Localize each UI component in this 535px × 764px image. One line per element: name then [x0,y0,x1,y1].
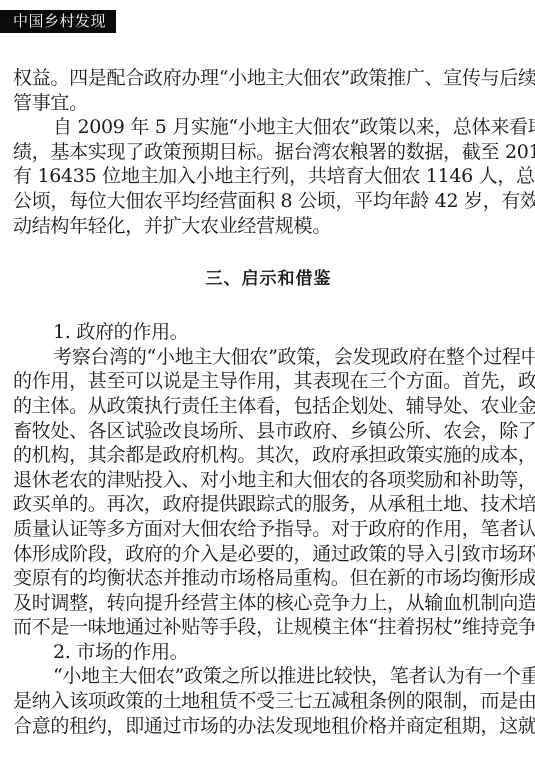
text-line: 体形成阶段，政府的介入是必要的，通过政策的导入引致市场环境的变化，改 [13,542,524,567]
subheading-market-role: 2. 市场的作用。 [13,640,524,665]
text-line: 管事宜。 [13,91,524,116]
paragraph-3: 考察台湾的“小地主大佃农”政策，会发现政府在整个过程中发挥了重要 的作用，甚至可… [13,345,524,640]
paragraph-4: “小地主大佃农”政策之所以推进比较快，笔者认为有一个重要因素，就 是纳入该项政策… [13,664,524,738]
text-line: 质量认证等多方面对大佃农给予指导。对于政府的作用，笔者认为，在规模主 [13,517,524,542]
text-line: 考察台湾的“小地主大佃农”政策，会发现政府在整个过程中发挥了重要 [13,345,524,370]
text-line: 的作用，甚至可以说是主导作用，其表现在三个方面。首先，政府是政策实施 [13,369,524,394]
text-line: 退休老农的津贴投入、对小地主和大佃农的各项奖励和补助等，都是由政府财 [13,468,524,493]
section-heading: 三、启示和借鉴 [13,254,524,320]
text-line: “小地主大佃农”政策之所以推进比较快，笔者认为有一个重要因素，就 [13,664,524,689]
text-line: 及时调整，转向提升经营主体的核心竞争力上，从输血机制向造血机制转变， [13,591,524,616]
page-body: 权益。四是配合政府办理“小地主大佃农”政策推广、宣传与后续农地租赁监 管事宜。 … [13,66,524,738]
text-line: 绩，基本实现了政策预期目标。据台湾农粮署的数据，截至 2012 年 5 月底，已 [13,140,524,165]
text-line: 而不是一味地通过补贴等手段，让规模主体“拄着拐杖”维持竞争力。 [13,615,524,640]
text-line: 动结构年轻化，并扩大农业经营规模。 [13,214,524,239]
text-line: 畜牧处、各区试验改良场所、县市政府、乡镇公所、农会，除了农会是半官方 [13,419,524,444]
text-line: 的主体。从政策执行责任主体看，包括企划处、辅导处、农业金融局、农粮署、 [13,394,524,419]
text-line: 权益。四是配合政府办理“小地主大佃农”政策推广、宣传与后续农地租赁监 [13,66,524,91]
text-line: 有 16435 位地主加入小地主行列，共培育大佃农 1146 人，总体经营规模达… [13,164,524,189]
running-head: 中国乡村发现 [0,10,116,33]
text-line: 是纳入该项政策的土地租赁不受三七五减租条例的限制，而是由租佃双方商讨 [13,689,524,714]
text-line: 政买单的。再次，政府提供跟踪式的服务，从承租土地、技术培训、经营诊断、 [13,492,524,517]
text-line: 自 2009 年 5 月实施“小地主大佃农”政策以来，总体来看取得了不错的成 [13,115,524,140]
spacer [13,238,524,254]
subheading-government-role: 1. 政府的作用。 [13,320,524,345]
paragraph-2: 自 2009 年 5 月实施“小地主大佃农”政策以来，总体来看取得了不错的成 绩… [13,115,524,238]
paragraph-1: 权益。四是配合政府办理“小地主大佃农”政策推广、宣传与后续农地租赁监 管事宜。 [13,66,524,115]
text-line: 的机构，其余都是政府机构。其次，政府承担政策实施的成本，主要表现在对 [13,443,524,468]
text-line: 公顷，每位大佃农平均经营面积 8 公顷，平均年龄 42 岁，有效促进台湾农业劳 [13,189,524,214]
text-line: 合意的租约，即通过市场的办法发现地租价格并商定租期，这就打消了很多小 [13,714,524,739]
text-line: 变原有的均衡状态并推动市场格局重构。但在新的市场均衡形成之后，政策应 [13,566,524,591]
